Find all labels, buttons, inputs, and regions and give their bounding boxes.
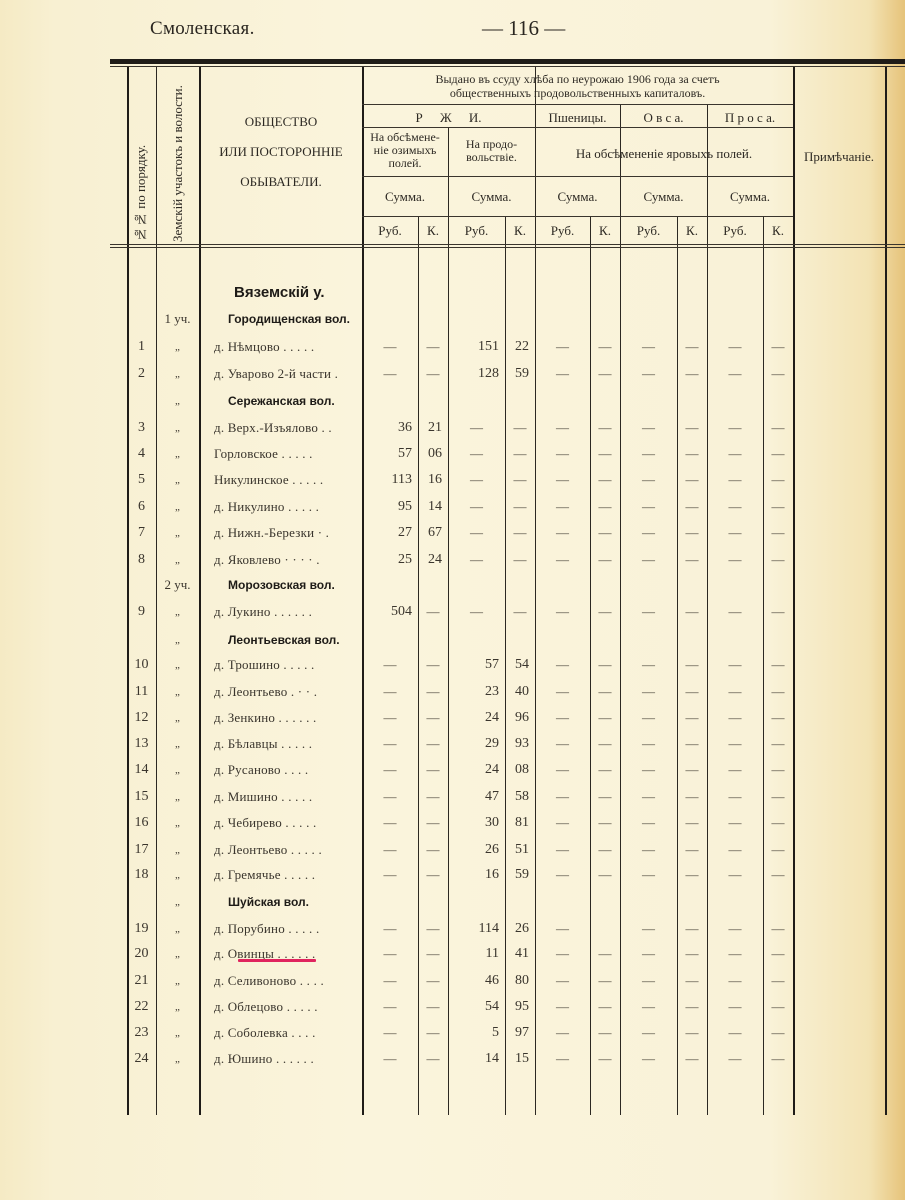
amount-cell: — [590,467,620,493]
header-sum-5: Сумма. [707,190,793,204]
row-number: 1 [127,334,156,360]
amount-cell: — [590,731,620,757]
amount-cell: — [535,415,590,441]
amount-cell: — [418,941,448,967]
amount-cell: — [677,361,707,387]
amount-cell: 5 [448,1020,505,1046]
amount-cell: — [535,1020,590,1046]
amount-cell: — [763,1046,793,1072]
amount-cell: — [763,810,793,836]
amount-cell: — [677,494,707,520]
amount-cell: — [590,334,620,360]
header-rub: Руб. [448,224,505,238]
amount-cell: 27 [362,520,418,546]
amount-cell: — [590,968,620,994]
volost-group-row: „Шуйская вол. [0,889,905,915]
amount-cell: 59 [505,361,535,387]
amount-cell: — [677,705,707,731]
amount-cell: 26 [505,916,535,942]
amount-cell: — [418,784,448,810]
amount-cell: — [707,731,763,757]
table-row: 14„д. Русаново . . . .——2408—————— [0,757,905,783]
district-uchastok: „ [156,757,199,783]
amount-cell: — [448,599,505,625]
amount-cell: — [707,1020,763,1046]
amount-cell: — [620,547,677,573]
header-rye-winter-sowing: На обсѣмене- ніе озимыхъ полей. [362,131,448,170]
amount-cell: 11 [448,941,505,967]
header-row-number: №№ по порядку. [133,80,149,242]
village-name: д. Соболевка . . . . [214,1020,362,1046]
amount-cell: 58 [505,784,535,810]
amount-cell: 24 [448,757,505,783]
amount-cell: 47 [448,784,505,810]
amount-cell: — [677,810,707,836]
row-number: 15 [127,784,156,810]
amount-cell: 16 [418,467,448,493]
amount-cell: — [620,705,677,731]
district-uchastok: „ [156,627,199,653]
volost-name: Сережанская вол. [228,388,362,414]
amount-cell: 67 [418,520,448,546]
amount-cell: — [707,494,763,520]
district-uchastok: „ [156,494,199,520]
row-number: 14 [127,757,156,783]
amount-cell: — [590,361,620,387]
amount-cell: — [677,599,707,625]
amount-cell: — [362,941,418,967]
row-number: 9 [127,599,156,625]
amount-cell: — [763,547,793,573]
amount-cell: — [418,916,448,942]
amount-cell: — [763,652,793,678]
amount-cell: — [418,361,448,387]
row-number: 21 [127,968,156,994]
amount-cell: 57 [448,652,505,678]
amount-cell: — [418,679,448,705]
amount-cell: — [763,467,793,493]
row-number: 10 [127,652,156,678]
village-name: д. Мишино . . . . . [214,784,362,810]
amount-cell: — [505,467,535,493]
amount-cell: — [448,520,505,546]
amount-cell: — [677,1020,707,1046]
amount-cell: — [677,1046,707,1072]
header-issued-line2: общественныхъ продовольственныхъ капитал… [362,86,793,100]
amount-cell: — [677,731,707,757]
amount-cell: — [763,916,793,942]
table-row: 23„д. Соболевка . . . .——597—————— [0,1020,905,1046]
amount-cell: — [418,757,448,783]
amount-cell: — [590,810,620,836]
amount-cell: — [535,837,590,863]
village-name: д. Нижн.-Березки · . [214,520,362,546]
amount-cell: — [418,705,448,731]
amount-cell: — [707,916,763,942]
amount-cell: — [763,520,793,546]
district-uchastok: „ [156,731,199,757]
table-row: 5„Никулинское . . . . .11316———————— [0,467,905,493]
amount-cell: — [763,415,793,441]
village-name: д. Никулино . . . . . [214,494,362,520]
amount-cell: — [620,494,677,520]
amount-cell: — [535,361,590,387]
header-society-line2: ИЛИ ПОСТОРОННІЕ [200,145,362,159]
amount-cell: — [505,494,535,520]
amount-cell: — [707,810,763,836]
village-name: д. Порубино . . . . . [214,916,362,942]
table-row: 2„д. Уварово 2-й части .——12859—————— [0,361,905,387]
amount-cell: — [707,784,763,810]
amount-cell: — [677,467,707,493]
province-title: Смоленская. [150,18,255,40]
amount-cell: — [707,705,763,731]
volost-name: Городищенская вол. [228,306,362,332]
amount-cell: — [677,837,707,863]
volost-group-row: 1 уч.Городищенская вол. [0,306,905,332]
amount-cell: — [362,1046,418,1072]
header-kop: К. [418,224,448,238]
amount-cell: — [362,361,418,387]
amount-cell: 15 [505,1046,535,1072]
table-row: 16„д. Чебирево . . . . .——3081—————— [0,810,905,836]
amount-cell: — [590,1020,620,1046]
table-row: 8„д. Яковлево · · · · .2524———————— [0,547,905,573]
table-row: 12„д. Зенкино . . . . . .——2496—————— [0,705,905,731]
amount-cell: — [620,652,677,678]
amount-cell: — [590,441,620,467]
row-number: 24 [127,1046,156,1072]
header-sum-2: Сумма. [448,190,535,204]
amount-cell: — [620,968,677,994]
amount-cell: — [535,1046,590,1072]
row-number: 23 [127,1020,156,1046]
district-uchastok: 1 уч. [156,306,199,332]
amount-cell: — [418,731,448,757]
amount-cell: 93 [505,731,535,757]
volost-name: Морозовская вол. [228,572,362,598]
table-row: 6„д. Никулино . . . . .9514———————— [0,494,905,520]
amount-cell: 46 [448,968,505,994]
amount-cell: — [620,361,677,387]
district-uchastok: „ [156,467,199,493]
amount-cell: 23 [448,679,505,705]
amount-cell: — [535,652,590,678]
amount-cell: — [707,361,763,387]
header-bottom-rule [110,244,905,245]
amount-cell: — [763,968,793,994]
header-bottom-rule [110,247,905,248]
table-row: 19„д. Порубино . . . . .——11426————— [0,916,905,942]
amount-cell: — [590,837,620,863]
volost-group-row: „Сережанская вол. [0,388,905,414]
header-rule [362,176,793,177]
village-name: Никулинское . . . . . [214,467,362,493]
amount-cell: — [590,547,620,573]
amount-cell: — [535,599,590,625]
amount-cell: — [707,837,763,863]
amount-cell: — [620,757,677,783]
district-uchastok: „ [156,334,199,360]
row-number: 5 [127,467,156,493]
district-uchastok: „ [156,415,199,441]
amount-cell: — [362,968,418,994]
amount-cell: 21 [418,415,448,441]
header-sum-1: Сумма. [362,190,448,204]
volost-group-row: „Леонтьевская вол. [0,627,905,653]
amount-cell: — [535,334,590,360]
header-oats: О в с а. [620,111,707,125]
amount-cell: — [707,941,763,967]
amount-cell: — [590,784,620,810]
district-title: Вяземскій у. [234,280,362,306]
amount-cell: 24 [448,705,505,731]
amount-cell: 14 [418,494,448,520]
amount-cell: — [763,705,793,731]
amount-cell: — [677,415,707,441]
amount-cell [590,916,620,942]
header-rule [362,104,793,105]
amount-cell: — [677,520,707,546]
table-row: 10„д. Трошино . . . . .——5754—————— [0,652,905,678]
table-row: 17„д. Леонтьево . . . . .——2651—————— [0,837,905,863]
amount-cell: — [620,784,677,810]
amount-cell: — [535,784,590,810]
amount-cell: — [535,994,590,1020]
amount-cell: — [620,441,677,467]
amount-cell: — [707,652,763,678]
row-number: 4 [127,441,156,467]
amount-cell: 29 [448,731,505,757]
volost-name: Шуйская вол. [228,889,362,915]
amount-cell: — [505,520,535,546]
amount-cell: — [590,705,620,731]
district-uchastok: „ [156,837,199,863]
amount-cell: — [763,731,793,757]
amount-cell: — [362,757,418,783]
district-uchastok: „ [156,994,199,1020]
header-district-volost: Земскій участокъ и волости. [170,68,186,242]
amount-cell: 06 [418,441,448,467]
amount-cell: — [677,652,707,678]
volost-group-row: 2 уч.Морозовская вол. [0,572,905,598]
amount-cell: — [590,679,620,705]
amount-cell: — [620,941,677,967]
header-rub: Руб. [707,224,763,238]
amount-cell: — [448,441,505,467]
village-name: д. Верх.-Изъялово . . [214,415,362,441]
table-row: 21„д. Селивоново . . . .——4680—————— [0,968,905,994]
amount-cell: 22 [505,334,535,360]
header-society-line3: ОБЫВАТЕЛИ. [200,175,362,189]
amount-cell: 40 [505,679,535,705]
row-number: 6 [127,494,156,520]
amount-cell: — [620,467,677,493]
amount-cell: 51 [505,837,535,863]
amount-cell: — [362,810,418,836]
village-name: д. Яковлево · · · · . [214,547,362,573]
header-sum-4: Сумма. [620,190,707,204]
district-uchastok: „ [156,599,199,625]
amount-cell: 24 [418,547,448,573]
amount-cell: — [677,441,707,467]
amount-cell: — [707,1046,763,1072]
amount-cell: — [763,334,793,360]
amount-cell: — [448,547,505,573]
village-name: д. Зенкино . . . . . . [214,705,362,731]
amount-cell: 14 [448,1046,505,1072]
amount-cell: — [620,415,677,441]
amount-cell: — [418,1020,448,1046]
district-uchastok: „ [156,705,199,731]
amount-cell: — [620,916,677,942]
amount-cell: — [590,652,620,678]
amount-cell: 41 [505,941,535,967]
amount-cell: 113 [362,467,418,493]
district-uchastok: „ [156,520,199,546]
amount-cell: — [677,334,707,360]
district-uchastok: „ [156,1020,199,1046]
header-issued-title: Выдано въ ссуду хлѣба по неурожаю 1906 г… [362,72,793,100]
village-name: д. Юшино . . . . . . [214,1046,362,1072]
table-row: 9„д. Лукино . . . . . .504————————— [0,599,905,625]
page-header: Смоленская. — 116 — [0,14,905,48]
amount-cell: — [362,731,418,757]
village-name: д. Гремячье . . . . . [214,862,362,888]
table-row: 24„д. Юшино . . . . . .——1415—————— [0,1046,905,1072]
amount-cell: — [418,837,448,863]
amount-cell: 54 [505,652,535,678]
highlight-underline [238,959,316,962]
header-rye: Р Ж И. [362,111,535,125]
village-name: д. Лукино . . . . . . [214,599,362,625]
amount-cell: — [362,862,418,888]
amount-cell: — [505,415,535,441]
amount-cell: — [707,757,763,783]
amount-cell: — [505,547,535,573]
amount-cell: — [535,968,590,994]
amount-cell: — [677,757,707,783]
amount-cell: — [418,810,448,836]
amount-cell: — [448,415,505,441]
amount-cell: — [418,968,448,994]
amount-cell: 80 [505,968,535,994]
district-heading-row: Вяземскій у. [0,280,905,306]
amount-cell: — [620,599,677,625]
amount-cell: — [362,994,418,1020]
table-row: 1„д. Нѣмцово . . . . .——15122—————— [0,334,905,360]
table-row: 15„д. Мишино . . . . .——4758—————— [0,784,905,810]
amount-cell: — [620,679,677,705]
amount-cell: — [535,494,590,520]
header-society: ОБЩЕСТВО ИЛИ ПОСТОРОННІЕ ОБЫВАТЕЛИ. [200,115,362,189]
header-sum-3: Сумма. [535,190,620,204]
amount-cell: — [590,1046,620,1072]
header-note: Примѣчаніе. [793,150,885,164]
row-number: 12 [127,705,156,731]
header-spring-fields: На обсѣмененіе яровыхъ полей. [535,147,793,161]
amount-cell: 504 [362,599,418,625]
amount-cell: — [590,494,620,520]
amount-cell: — [418,599,448,625]
village-name: д. Леонтьево . . . . . [214,837,362,863]
amount-cell: — [620,837,677,863]
amount-cell: — [418,652,448,678]
amount-cell: — [535,441,590,467]
amount-cell: — [590,520,620,546]
amount-cell: — [677,547,707,573]
amount-cell: — [590,862,620,888]
row-number: 22 [127,994,156,1020]
amount-cell: — [362,705,418,731]
header-rye-winter-l3: полей. [362,157,448,170]
amount-cell: — [677,941,707,967]
row-number: 18 [127,862,156,888]
amount-cell: — [362,784,418,810]
district-uchastok: „ [156,889,199,915]
amount-cell: — [535,520,590,546]
village-name: д. Уварово 2-й части . [214,361,362,387]
amount-cell: — [763,679,793,705]
amount-cell: — [535,467,590,493]
amount-cell: — [590,415,620,441]
amount-cell: — [707,415,763,441]
amount-cell: — [620,810,677,836]
amount-cell: — [448,467,505,493]
amount-cell: — [620,334,677,360]
amount-cell: — [707,441,763,467]
district-uchastok: „ [156,441,199,467]
amount-cell: — [448,494,505,520]
amount-cell: — [362,652,418,678]
row-number: 20 [127,941,156,967]
amount-cell: — [707,547,763,573]
row-number: 7 [127,520,156,546]
header-rub: Руб. [362,224,418,238]
amount-cell: 96 [505,705,535,731]
row-number: 13 [127,731,156,757]
amount-cell: — [763,862,793,888]
amount-cell: 95 [362,494,418,520]
volost-name: Леонтьевская вол. [228,627,362,653]
amount-cell: 54 [448,994,505,1020]
page-number: — 116 — [482,16,565,41]
header-rye-food-l2: вольствіе. [448,151,535,164]
amount-cell: — [677,784,707,810]
district-uchastok: „ [156,784,199,810]
header-kop: К. [505,224,535,238]
amount-cell: — [707,968,763,994]
amount-cell: 36 [362,415,418,441]
amount-cell: — [763,837,793,863]
amount-cell: — [677,679,707,705]
amount-cell: — [535,862,590,888]
district-uchastok: „ [156,968,199,994]
district-uchastok: „ [156,862,199,888]
header-rule [362,216,793,217]
district-uchastok: „ [156,652,199,678]
amount-cell: — [763,784,793,810]
amount-cell: — [677,994,707,1020]
table-row: 22„д. Облецово . . . . .——5495—————— [0,994,905,1020]
amount-cell: — [505,599,535,625]
amount-cell: 81 [505,810,535,836]
amount-cell: — [620,731,677,757]
amount-cell: — [763,361,793,387]
amount-cell: — [362,837,418,863]
header-kop: К. [677,224,707,238]
amount-cell: — [590,941,620,967]
